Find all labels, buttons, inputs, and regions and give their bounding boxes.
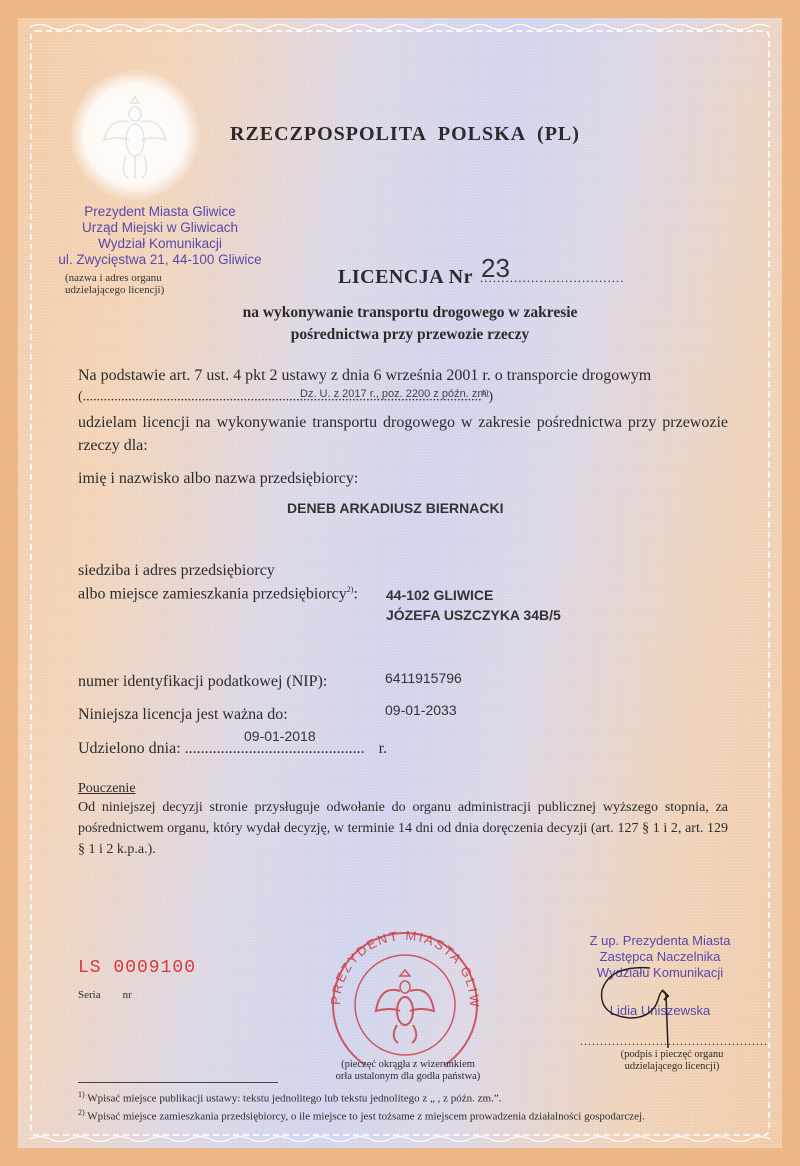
- subtitle-line: na wykonywanie transportu drogowego w za…: [230, 302, 590, 324]
- country-title: RZECZPOSPOLITA POLSKA (PL): [230, 123, 580, 146]
- license-label: LICENCJA Nr: [338, 266, 473, 289]
- license-document: RZECZPOSPOLITA POLSKA (PL) Prezydent Mia…: [0, 0, 800, 1166]
- address-label-text: albo miejsce zamieszkania przedsiębiorcy: [78, 585, 347, 602]
- address-label-1: siedziba i adres przedsiębiorcy: [78, 562, 275, 580]
- address-line-2: JÓZEFA USZCZYKA 34B/5: [386, 607, 561, 623]
- footnote-ref: 2): [78, 1108, 85, 1117]
- legal-basis-line: Na podstawie art. 7 ust. 4 pkt 2 ustawy …: [78, 367, 651, 385]
- issued-label: Udzielono dnia:: [78, 740, 181, 757]
- seal-caption: (pieczęć okrągła z wizerunkiem orła usta…: [318, 1059, 498, 1083]
- issued-dots: ........................................…: [185, 740, 365, 757]
- footnote-2: 2) Wpisać miejsce zamieszkania przedsięb…: [78, 1106, 645, 1124]
- signature-dots: ........................................…: [580, 1034, 768, 1049]
- issuer-stamp-line: Urząd Miejski w Gliwicach: [45, 220, 275, 236]
- footnote-text: Wpisać miejsce zamieszkania przedsiębior…: [87, 1110, 645, 1122]
- address-label-2: albo miejsce zamieszkania przedsiębiorcy…: [78, 585, 358, 603]
- round-seal-icon: PREZYDENT MIASTA GLIWICE: [320, 925, 490, 1065]
- wave-border-top: [30, 22, 770, 32]
- entrepreneur-name: DENEB ARKADIUSZ BIERNACKI: [287, 500, 504, 516]
- name-label: imię i nazwisko albo nazwa przedsiębiorc…: [78, 470, 358, 488]
- instruction-title: Pouczenie: [78, 781, 136, 797]
- series-caption: Serianr: [78, 989, 154, 1001]
- nip-label: numer identyfikacji podatkowej (NIP):: [78, 673, 327, 691]
- seal-caption-line: orła ustalonym dla godła państwa): [318, 1071, 498, 1083]
- series-caption-label: Seria: [78, 989, 101, 1001]
- wave-border-bottom: [30, 1134, 770, 1144]
- issuer-stamp: Prezydent Miasta Gliwice Urząd Miejski w…: [45, 204, 275, 268]
- signature-caption-line: (podpis i pieczęć organu: [572, 1049, 772, 1061]
- issued-suffix: r.: [379, 740, 387, 757]
- signatory-stamp-line: Z up. Prezydenta Miasta: [560, 933, 760, 949]
- svg-text:PREZYDENT MIASTA GLIWICE: PREZYDENT MIASTA GLIWICE: [320, 925, 482, 1009]
- issuer-caption-line: udzielającego licencji): [65, 284, 164, 296]
- instruction-text: Od niniejszej decyzji stronie przysługuj…: [78, 797, 728, 860]
- issuer-caption: (nazwa i adres organu udzielającego lice…: [65, 272, 164, 296]
- series-caption-nr: nr: [123, 989, 132, 1001]
- valid-label: Niniejsza licencja jest ważna do:: [78, 706, 288, 724]
- signature-caption: (podpis i pieczęć organu udzielającego l…: [572, 1049, 772, 1073]
- valid-until-value: 09-01-2033: [385, 702, 457, 718]
- footnotes: 1) Wpisać miejsce publikacji ustawy: tek…: [78, 1088, 645, 1123]
- footnote-1: 1) Wpisać miejsce publikacji ustawy: tek…: [78, 1088, 645, 1106]
- grant-text: udzielam licencji na wykonywanie transpo…: [78, 411, 728, 457]
- address-line-1: 44-102 GLIWICE: [386, 587, 493, 603]
- colon: :: [353, 585, 357, 602]
- footnote-text: Wpisać miejsce publikacji ustawy: tekstu…: [87, 1093, 501, 1105]
- issuer-stamp-line: Prezydent Miasta Gliwice: [45, 204, 275, 220]
- issuer-stamp-line: Wydział Komunikacji: [45, 236, 275, 252]
- seal-caption-line: (pieczęć okrągła z wizerunkiem: [318, 1059, 498, 1071]
- series-number: LS 0009100: [78, 958, 196, 978]
- issued-line: Udzielono dnia: ........................…: [78, 740, 387, 758]
- signature-caption-line: udzielającego licencji): [572, 1061, 772, 1073]
- issuer-stamp-line: ul. Zwycięstwa 21, 44-100 Gliwice: [45, 252, 275, 268]
- footnote-ref: 1): [78, 1090, 85, 1099]
- license-subtitle: na wykonywanie transportu drogowego w za…: [230, 302, 590, 346]
- issuer-caption-line: (nazwa i adres organu: [65, 272, 164, 284]
- publication-value: Dz. U. z 2017 r., poz. 2200 z późn. zm.: [300, 388, 490, 400]
- subtitle-line: pośrednictwa przy przewozie rzeczy: [230, 324, 590, 346]
- seal-ring-text: PREZYDENT MIASTA GLIWICE: [320, 925, 482, 1009]
- footnote-divider: [78, 1082, 278, 1083]
- embossed-eagle-icon: [70, 70, 200, 200]
- nip-value: 6411915796: [385, 670, 462, 686]
- license-number: 23: [481, 253, 510, 284]
